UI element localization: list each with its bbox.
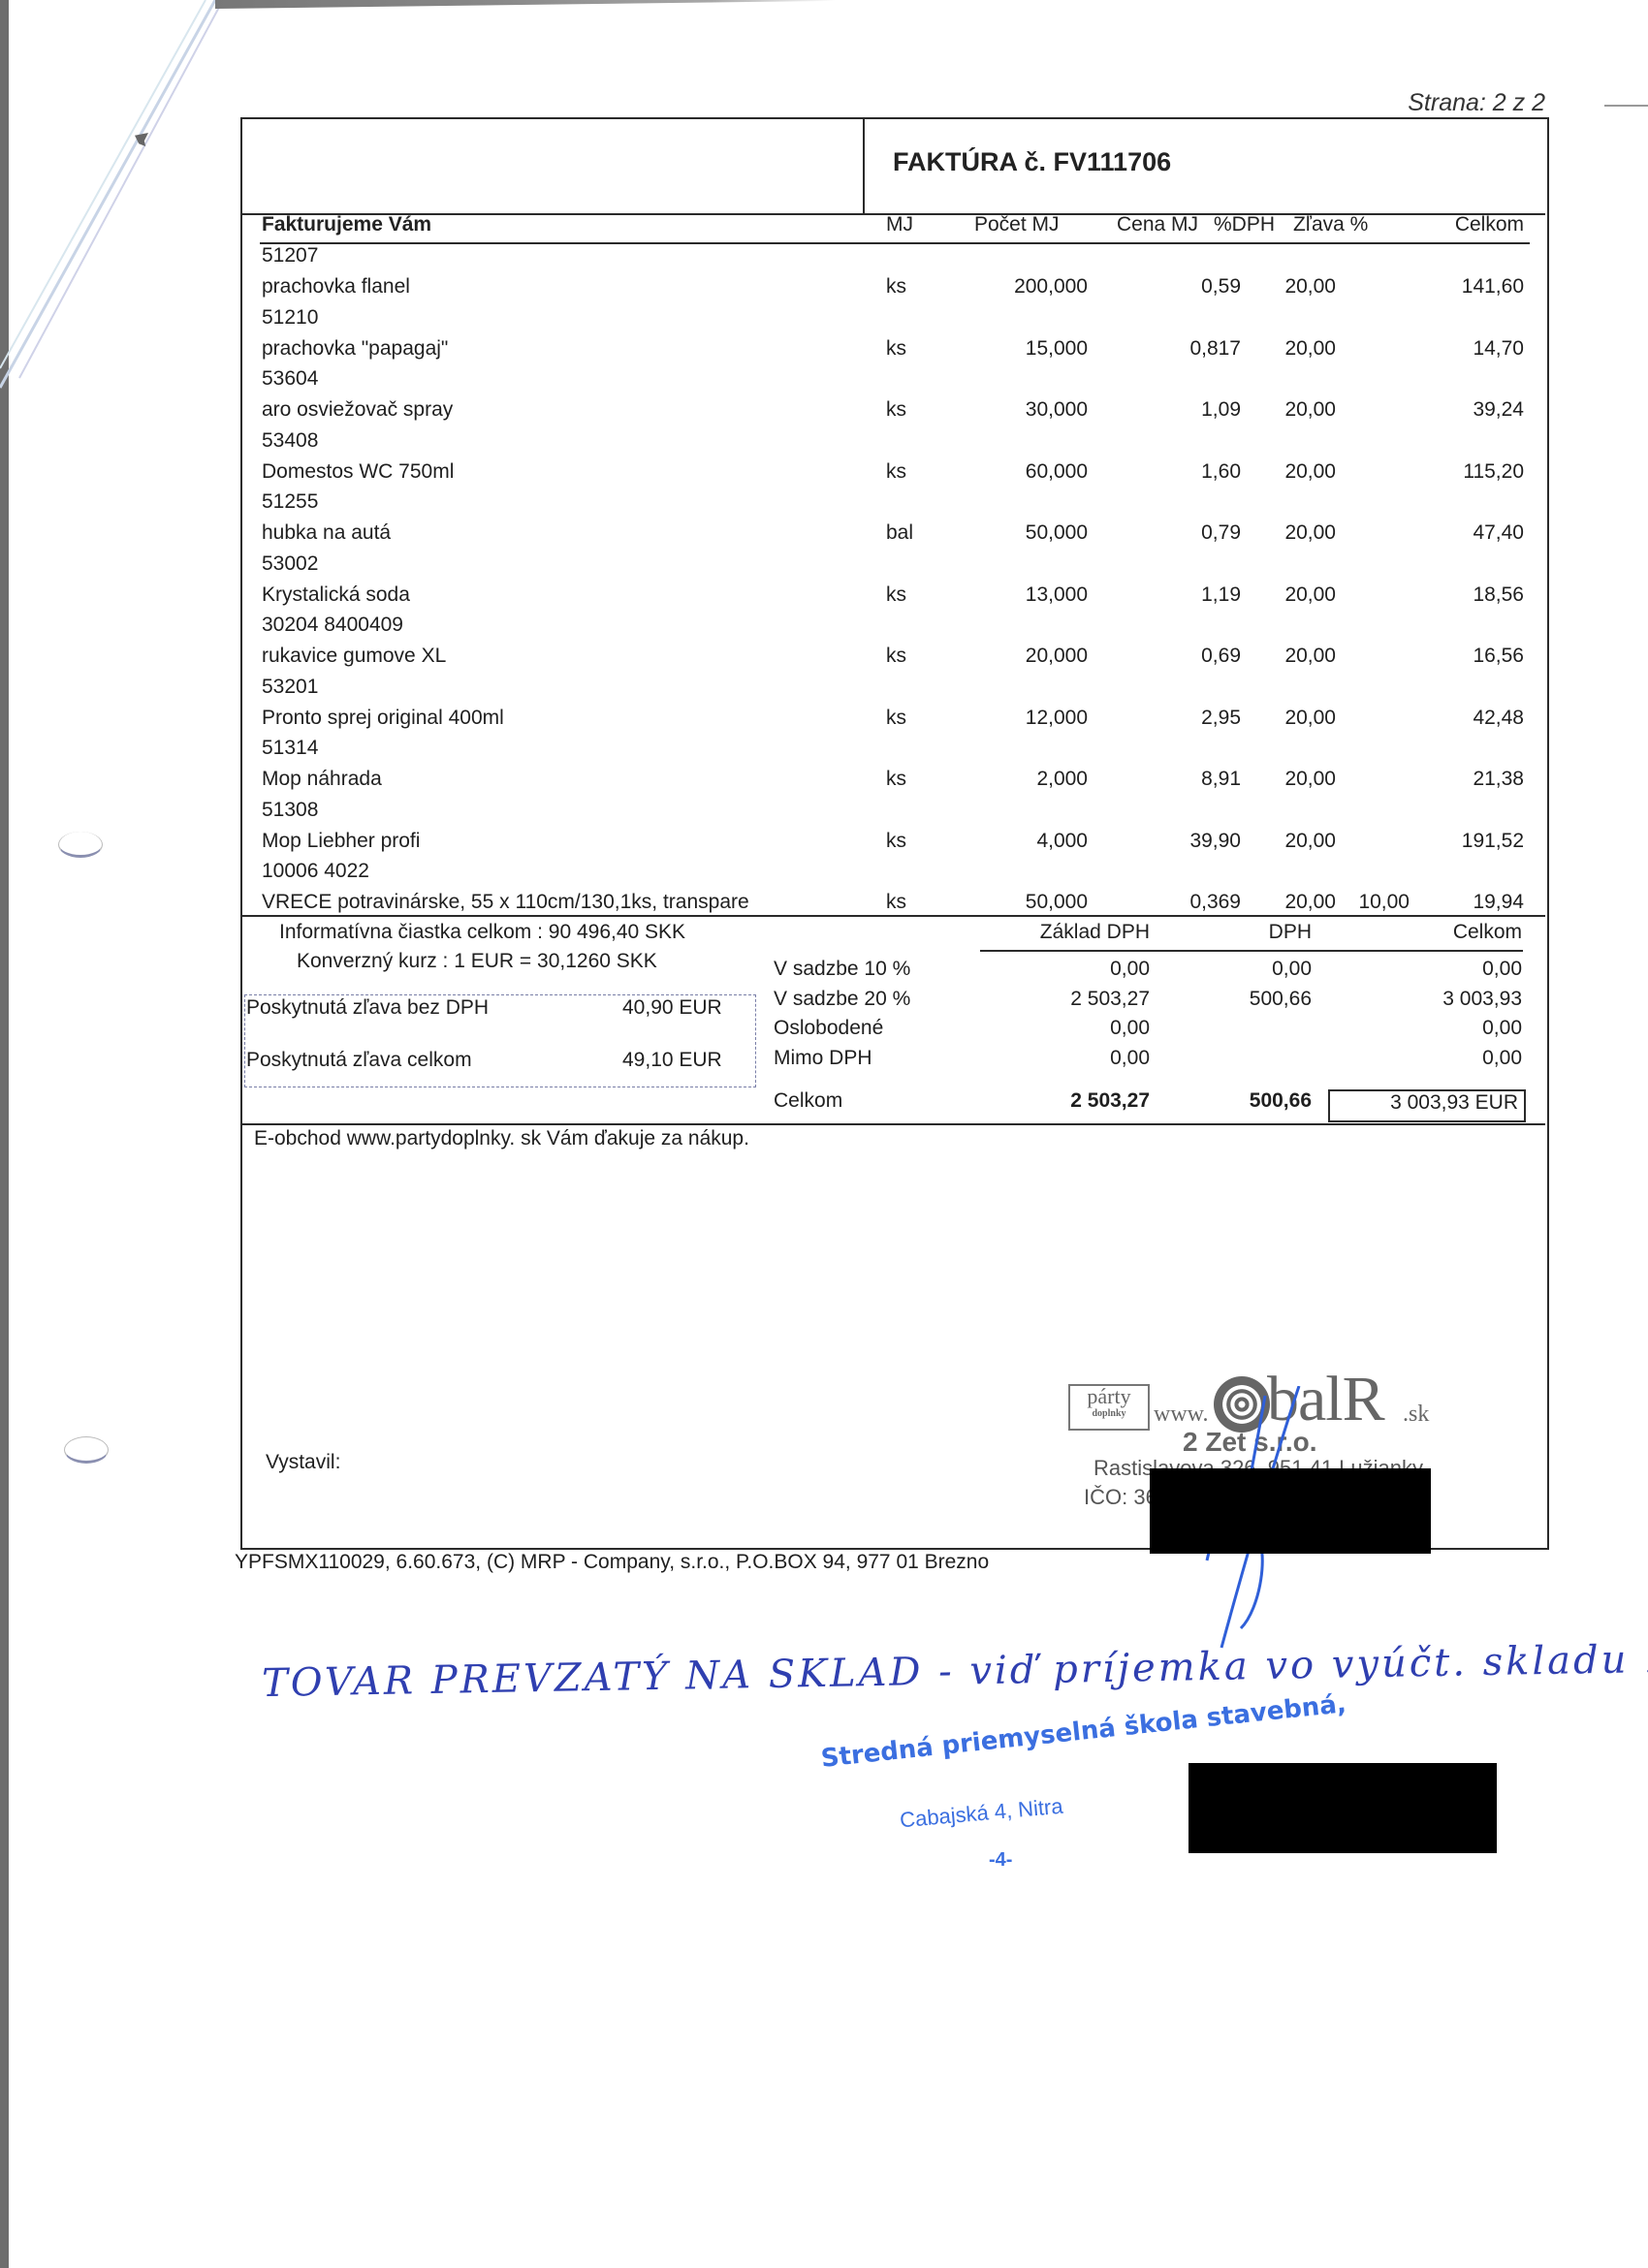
item-code: 10006 4022	[262, 860, 369, 883]
item-name: Mop náhrada	[262, 768, 382, 791]
vat-row-vat: 0,00	[1163, 958, 1312, 981]
item-total: 16,56	[1417, 645, 1524, 668]
software-footer: YPFSMX110029, 6.60.673, (C) MRP - Compan…	[235, 1551, 989, 1574]
thanks-note: E-obchod www.partydoplnky. sk Vám ďakuje…	[254, 1127, 749, 1150]
col-header-total: Celkom	[1435, 213, 1524, 236]
conversion-rate: Konverzný kurz : 1 EUR = 30,1260 SKK	[297, 950, 657, 973]
scan-top-shadow	[215, 0, 836, 9]
item-name: Pronto sprej original 400ml	[262, 707, 504, 730]
punch-hole-bottom	[64, 1436, 109, 1464]
items-list: 51207prachovka flanelks200,0000,5920,001…	[254, 244, 1534, 922]
item-mj: ks	[886, 707, 906, 730]
item-code: 51314	[262, 737, 318, 760]
item-total: 42,48	[1417, 707, 1524, 730]
vat-header-underline	[980, 950, 1523, 952]
vat-row-label: Mimo DPH	[774, 1047, 872, 1070]
col-header-vat: %DPH	[1214, 213, 1275, 236]
col-header-price: Cena MJ	[1117, 213, 1198, 236]
item-vat: 20,00	[1223, 398, 1336, 422]
summary-bottom-line	[242, 1123, 1545, 1125]
party-doplnky-logo: párty doplnky	[1068, 1384, 1150, 1431]
grand-total-base: 2 503,27	[969, 1089, 1150, 1113]
grand-total-label: Celkom	[774, 1089, 842, 1113]
discount-value: 40,90 EUR	[622, 996, 722, 1020]
item-discount: 10,00	[1301, 891, 1410, 914]
vat-header-total: Celkom	[1357, 921, 1522, 944]
table-row: 53408Domestos WC 750mlks60,0001,6020,001…	[254, 429, 1534, 491]
vat-row-base: 0,00	[969, 958, 1150, 981]
item-mj: ks	[886, 460, 906, 484]
vat-row-base: 0,00	[969, 1017, 1150, 1040]
item-name: VRECE potravinárske, 55 x 110cm/130,1ks,…	[262, 891, 749, 914]
logo-tld: .sk	[1403, 1402, 1429, 1428]
table-row: 51314Mop náhradaks2,0008,9120,0021,38	[254, 737, 1534, 799]
item-vat: 20,00	[1223, 275, 1336, 299]
grand-total-amount: 3 003,93 EUR	[1330, 1091, 1518, 1115]
item-total: 47,40	[1417, 521, 1524, 545]
handwritten-note: TOVAR PREVZATÝ NA SKLAD - viď príjemka v…	[262, 1634, 1648, 1706]
item-qty: 50,000	[952, 891, 1088, 914]
grand-total-vat: 500,66	[1163, 1089, 1312, 1113]
item-code: 51308	[262, 799, 318, 822]
table-row: 53604aro osviežovač sprayks30,0001,0920,…	[254, 367, 1534, 429]
item-name: Mop Liebher profi	[262, 830, 420, 853]
item-mj: ks	[886, 891, 906, 914]
school-stamp-line3: -4-	[989, 1849, 1012, 1872]
vat-row-vat: 500,66	[1163, 988, 1312, 1011]
item-vat: 20,00	[1223, 768, 1336, 791]
invoice-title: FAKTÚRA č. FV111706	[893, 147, 1171, 177]
vat-row-total: 0,00	[1357, 1047, 1522, 1070]
item-vat: 20,00	[1223, 707, 1336, 730]
vat-row-base: 2 503,27	[969, 988, 1150, 1011]
table-row: 10006 4022VRECE potravinárske, 55 x 110c…	[254, 860, 1534, 922]
item-qty: 200,000	[952, 275, 1088, 299]
item-mj: ks	[886, 768, 906, 791]
item-total: 141,60	[1417, 275, 1524, 299]
item-name: hubka na autá	[262, 521, 391, 545]
vat-row-base: 0,00	[969, 1047, 1150, 1070]
vat-row-total: 0,00	[1357, 958, 1522, 981]
item-mj: ks	[886, 583, 906, 607]
item-code: 53201	[262, 676, 318, 699]
col-header-discount: Zľava %	[1293, 213, 1368, 236]
item-code: 51207	[262, 244, 318, 268]
vat-row-total: 3 003,93	[1357, 988, 1522, 1011]
vat-row-total: 0,00	[1357, 1017, 1522, 1040]
vat-row-label: V sadzbe 10 %	[774, 958, 910, 981]
item-qty: 15,000	[952, 337, 1088, 361]
vat-header-base: Základ DPH	[969, 921, 1150, 944]
issued-by-label: Vystavil:	[266, 1451, 340, 1474]
item-mj: ks	[886, 830, 906, 853]
vat-row-label: V sadzbe 20 %	[774, 988, 910, 1011]
item-mj: ks	[886, 337, 906, 361]
col-header-items: Fakturujeme Vám	[262, 213, 431, 236]
item-qty: 12,000	[952, 707, 1088, 730]
item-code: 53408	[262, 429, 318, 453]
vat-header-vat: DPH	[1163, 921, 1312, 944]
page-number: Strana: 2 z 2	[1338, 89, 1545, 117]
redaction-block-2	[1188, 1763, 1497, 1853]
informative-total: Informatívna čiastka celkom : 90 496,40 …	[279, 921, 685, 944]
item-vat: 20,00	[1223, 460, 1336, 484]
item-qty: 20,000	[952, 645, 1088, 668]
item-total: 39,24	[1417, 398, 1524, 422]
item-name: prachovka flanel	[262, 275, 410, 299]
table-row: 30204 8400409rukavice gumove XLks20,0000…	[254, 614, 1534, 676]
school-stamp-line1: Stredná priemyselná škola stavebná,	[819, 1689, 1347, 1774]
item-code: 30204 8400409	[262, 614, 403, 637]
item-mj: ks	[886, 275, 906, 299]
item-name: aro osviežovač spray	[262, 398, 453, 422]
col-header-qty: Počet MJ	[974, 213, 1060, 236]
discount-label: Poskytnutá zľava bez DPH	[246, 996, 489, 1020]
school-stamp-line2: Cabajská 4, Nitra	[899, 1794, 1063, 1834]
item-qty: 4,000	[952, 830, 1088, 853]
vat-row-label: Oslobodené	[774, 1017, 883, 1040]
supplier-ico: IČO: 36	[1084, 1485, 1157, 1510]
item-code: 51210	[262, 306, 318, 330]
items-bottom-line	[242, 915, 1545, 917]
item-total: 14,70	[1417, 337, 1524, 361]
item-name: rukavice gumove XL	[262, 645, 446, 668]
item-total: 18,56	[1417, 583, 1524, 607]
item-total: 191,52	[1417, 830, 1524, 853]
item-mj: ks	[886, 398, 906, 422]
item-code: 51255	[262, 490, 318, 514]
item-name: prachovka "papagaj"	[262, 337, 448, 361]
discount-total-label: Poskytnutá zľava celkom	[246, 1049, 472, 1072]
item-mj: ks	[886, 645, 906, 668]
table-row: 51207prachovka flanelks200,0000,5920,001…	[254, 244, 1534, 306]
item-vat: 20,00	[1223, 337, 1336, 361]
table-row: 53201Pronto sprej original 400mlks12,000…	[254, 676, 1534, 738]
item-qty: 2,000	[952, 768, 1088, 791]
item-name: Domestos WC 750ml	[262, 460, 454, 484]
item-code: 53002	[262, 552, 318, 576]
item-qty: 13,000	[952, 583, 1088, 607]
item-code: 53604	[262, 367, 318, 391]
item-vat: 20,00	[1223, 521, 1336, 545]
punch-hole-top	[58, 832, 103, 858]
item-total: 115,20	[1417, 460, 1524, 484]
table-row: 53002Krystalická sodaks13,0001,1920,0018…	[254, 552, 1534, 614]
header-divider	[863, 119, 865, 214]
item-qty: 30,000	[952, 398, 1088, 422]
item-vat: 20,00	[1223, 583, 1336, 607]
item-total: 21,38	[1417, 768, 1524, 791]
item-mj: bal	[886, 521, 913, 545]
item-total: 19,94	[1417, 891, 1524, 914]
item-name: Krystalická soda	[262, 583, 410, 607]
table-row: 51210prachovka "papagaj"ks15,0000,81720,…	[254, 306, 1534, 368]
discount-total-value: 49,10 EUR	[622, 1049, 722, 1072]
paper-fold-shadow	[0, 0, 233, 407]
table-row: 51255hubka na autábal50,0000,7920,0047,4…	[254, 490, 1534, 552]
col-header-mj: MJ	[886, 213, 913, 236]
margin-mark	[1604, 105, 1648, 107]
item-qty: 60,000	[952, 460, 1088, 484]
item-qty: 50,000	[952, 521, 1088, 545]
table-row: 51308Mop Liebher profiks4,00039,9020,001…	[254, 799, 1534, 861]
item-vat: 20,00	[1223, 645, 1336, 668]
redaction-block	[1150, 1468, 1431, 1554]
item-vat: 20,00	[1223, 830, 1336, 853]
